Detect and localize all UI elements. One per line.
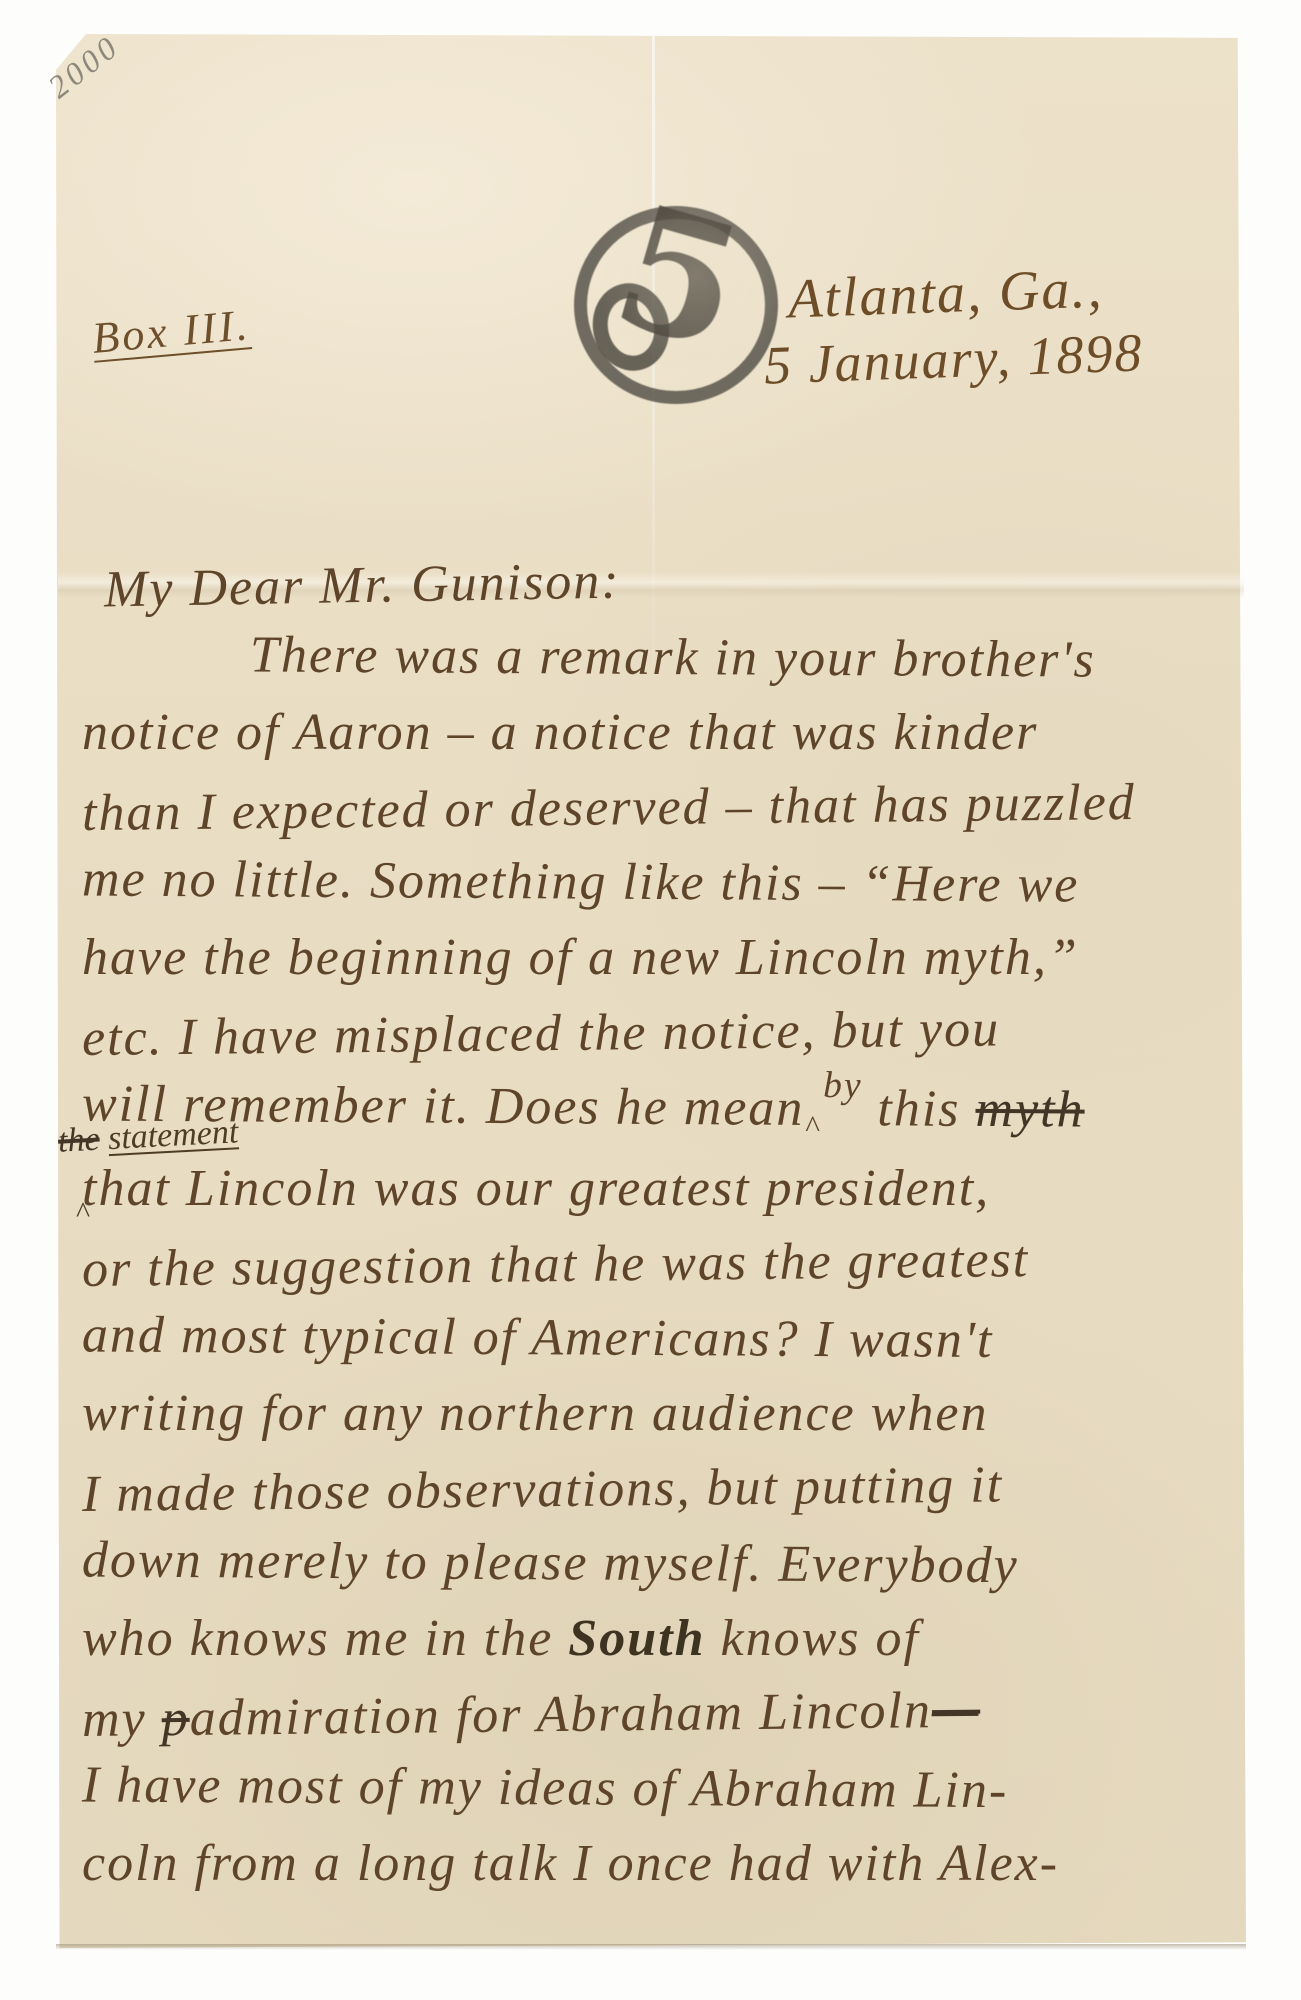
letter-text: that Lincoln was our greatest president,: [82, 1160, 990, 1217]
letter-text: me no little. Something like this – “Her…: [82, 850, 1080, 913]
margin-caret: ^: [76, 1196, 90, 1230]
letter-line: etc. I have misplaced the notice, but yo…: [82, 989, 1239, 1076]
letter-text: or the suggestion that he was the greate…: [82, 1231, 1030, 1298]
stamp-fade: [574, 206, 778, 404]
letter-line: writing for any northern audience when: [82, 1376, 1238, 1451]
letter-text: down merely to please myself. Everybody: [82, 1531, 1019, 1594]
letter-line: notice of Aaron – a notice that was kind…: [82, 695, 1238, 770]
letter-line: and most typical of Americans? I wasn't: [82, 1297, 1238, 1379]
struck-text: p: [161, 1690, 190, 1747]
letter-text: and most typical of Americans? I wasn't: [82, 1306, 994, 1369]
salutation: My Dear Mr. Gunison:: [104, 551, 622, 619]
letter-line: who knows me in the South knows of: [82, 1601, 1238, 1676]
monogram-stamp-icon: 5: [574, 206, 778, 404]
letter-line: that Lincoln was our greatest president,: [82, 1151, 1238, 1226]
letter-line: down merely to please myself. Everybody: [82, 1522, 1238, 1604]
letter-text: notice of Aaron – a notice that was kind…: [82, 704, 1038, 761]
letter-text: admiration for Abraham Lincoln: [189, 1682, 932, 1747]
letter-text: ^: [805, 1089, 822, 1164]
letter-text: than I expected or deserved – that has p…: [82, 774, 1136, 842]
letter-line: me no little. Something like this – “Her…: [82, 841, 1238, 923]
letter-text: have the beginning of a new Lincoln myth…: [82, 929, 1079, 986]
letter-text: writing for any northern audience when: [82, 1385, 988, 1442]
letter-text: knows of: [706, 1610, 920, 1667]
struck-text: myth: [975, 1081, 1084, 1139]
letter-text: I have most of my ideas of Abraham Lin-: [82, 1756, 1009, 1819]
struck-text: the: [57, 1121, 100, 1160]
letter-line: I made those observations, but putting i…: [82, 1445, 1239, 1532]
letter-text: There was a remark in your brother's: [250, 626, 1096, 688]
letter-line: than I expected or deserved – that has p…: [82, 764, 1239, 851]
letter-line: coln from a long talk I once had with Al…: [82, 1826, 1238, 1901]
letter-text: I made those observations, but putting i…: [82, 1456, 1004, 1523]
heading-place: Atlanta, Ga.,: [787, 257, 1104, 332]
letter-line: or the suggestion that he was the greate…: [82, 1220, 1239, 1307]
letter-text: coln from a long talk I once had with Al…: [82, 1835, 1059, 1892]
letter-text: who knows me in the: [82, 1610, 568, 1667]
letter-text: this: [862, 1080, 975, 1138]
inserted-text: by: [823, 1048, 863, 1123]
heading-date: 5 January, 1898: [763, 321, 1144, 396]
letter-line: have the beginning of a new Lincoln myth…: [82, 920, 1238, 995]
letter-text: South: [568, 1610, 705, 1667]
letter-line: There was a remark in your brother's: [82, 616, 1238, 698]
letter-line: will remember it. Does he mean^by this m…: [82, 1066, 1238, 1154]
letter-text: my: [82, 1690, 162, 1748]
paper-bottom-edge: [56, 1944, 1246, 1950]
struck-text: —: [932, 1682, 981, 1740]
inserted-word: statement: [107, 1113, 239, 1157]
letter-line: my padmiration for Abraham Lincoln—: [82, 1670, 1239, 1757]
scan-background: 2000 5 Box III. Atlanta, Ga., 5 January,…: [0, 0, 1301, 2000]
letter-line: I have most of my ideas of Abraham Lin-: [82, 1747, 1238, 1829]
letter-body: There was a remark in your brother'snoti…: [82, 620, 1238, 1901]
